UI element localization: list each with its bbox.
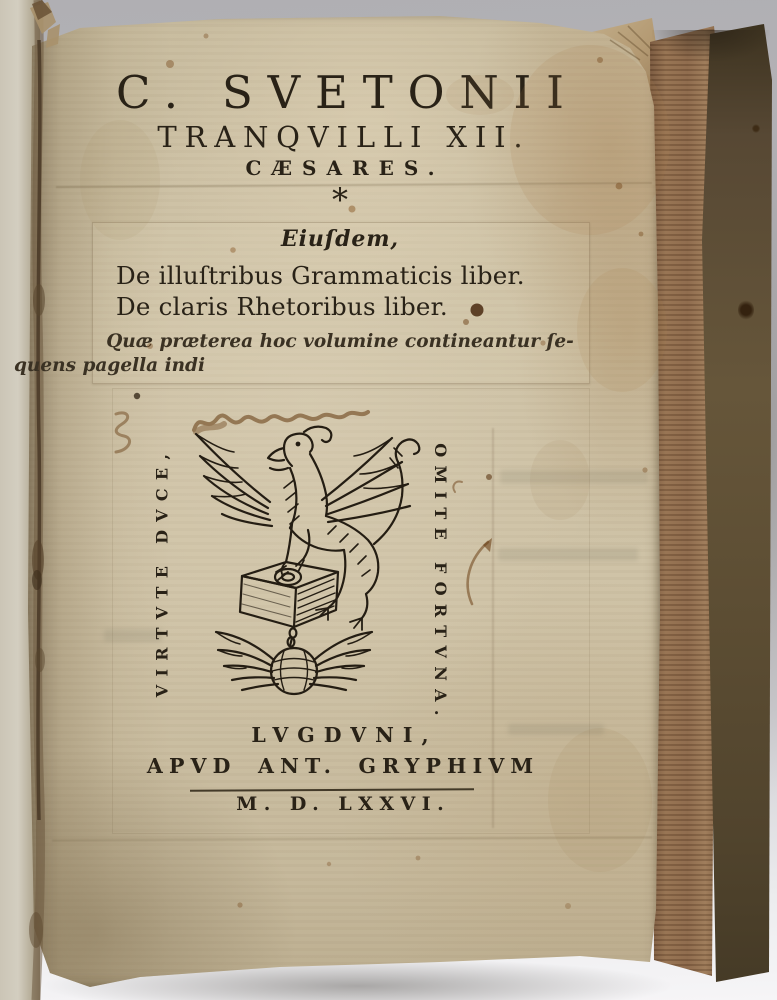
note-line-1: Quæ præterea hoc volumine contineantur ſ… — [106, 331, 574, 352]
contents-list: De illuſtribus Grammaticis liber. De cla… — [116, 260, 636, 322]
imprint-year: M. D. LXXVI. — [40, 794, 640, 814]
griffin-emblem-icon — [186, 424, 426, 716]
work-title-line: TRANQVILLI XII. — [40, 122, 640, 152]
book-photo: C. SVETONII TRANQVILLI XII. CÆSARES. * E… — [0, 0, 777, 1000]
caesares-line: CÆSARES. — [40, 158, 640, 179]
imprint-publisher: APVD ANT. GRYPHIVM — [40, 755, 640, 777]
show-through — [498, 548, 638, 561]
eiusdem-heading: Eiuſdem, — [40, 227, 640, 251]
motto-left-text: VIRTVTE DVCE, — [153, 445, 172, 697]
asterisk-ornament: * — [40, 184, 640, 216]
author-title-line: C. SVETONII — [40, 70, 640, 115]
motto-left-vertical: VIRTVTE DVCE, — [140, 424, 184, 718]
fore-edge-shadow — [652, 30, 770, 78]
motto-right-vertical: OMITE FORTVNA. — [418, 436, 462, 730]
note-line-2: quens pagella indi — [14, 354, 205, 378]
board-stain — [752, 124, 760, 133]
imprint-place: LVGDVNI, — [40, 724, 640, 746]
motto-right-text: OMITE FORTVNA. — [431, 443, 450, 724]
board-stain — [738, 300, 754, 320]
show-through — [500, 470, 648, 484]
work-item: De claris Rhetoribus liber. — [116, 291, 636, 322]
work-item: De illuſtribus Grammaticis liber. — [116, 260, 636, 291]
contents-note: Quæ præterea hoc volumine contineantur ſ… — [40, 330, 640, 354]
